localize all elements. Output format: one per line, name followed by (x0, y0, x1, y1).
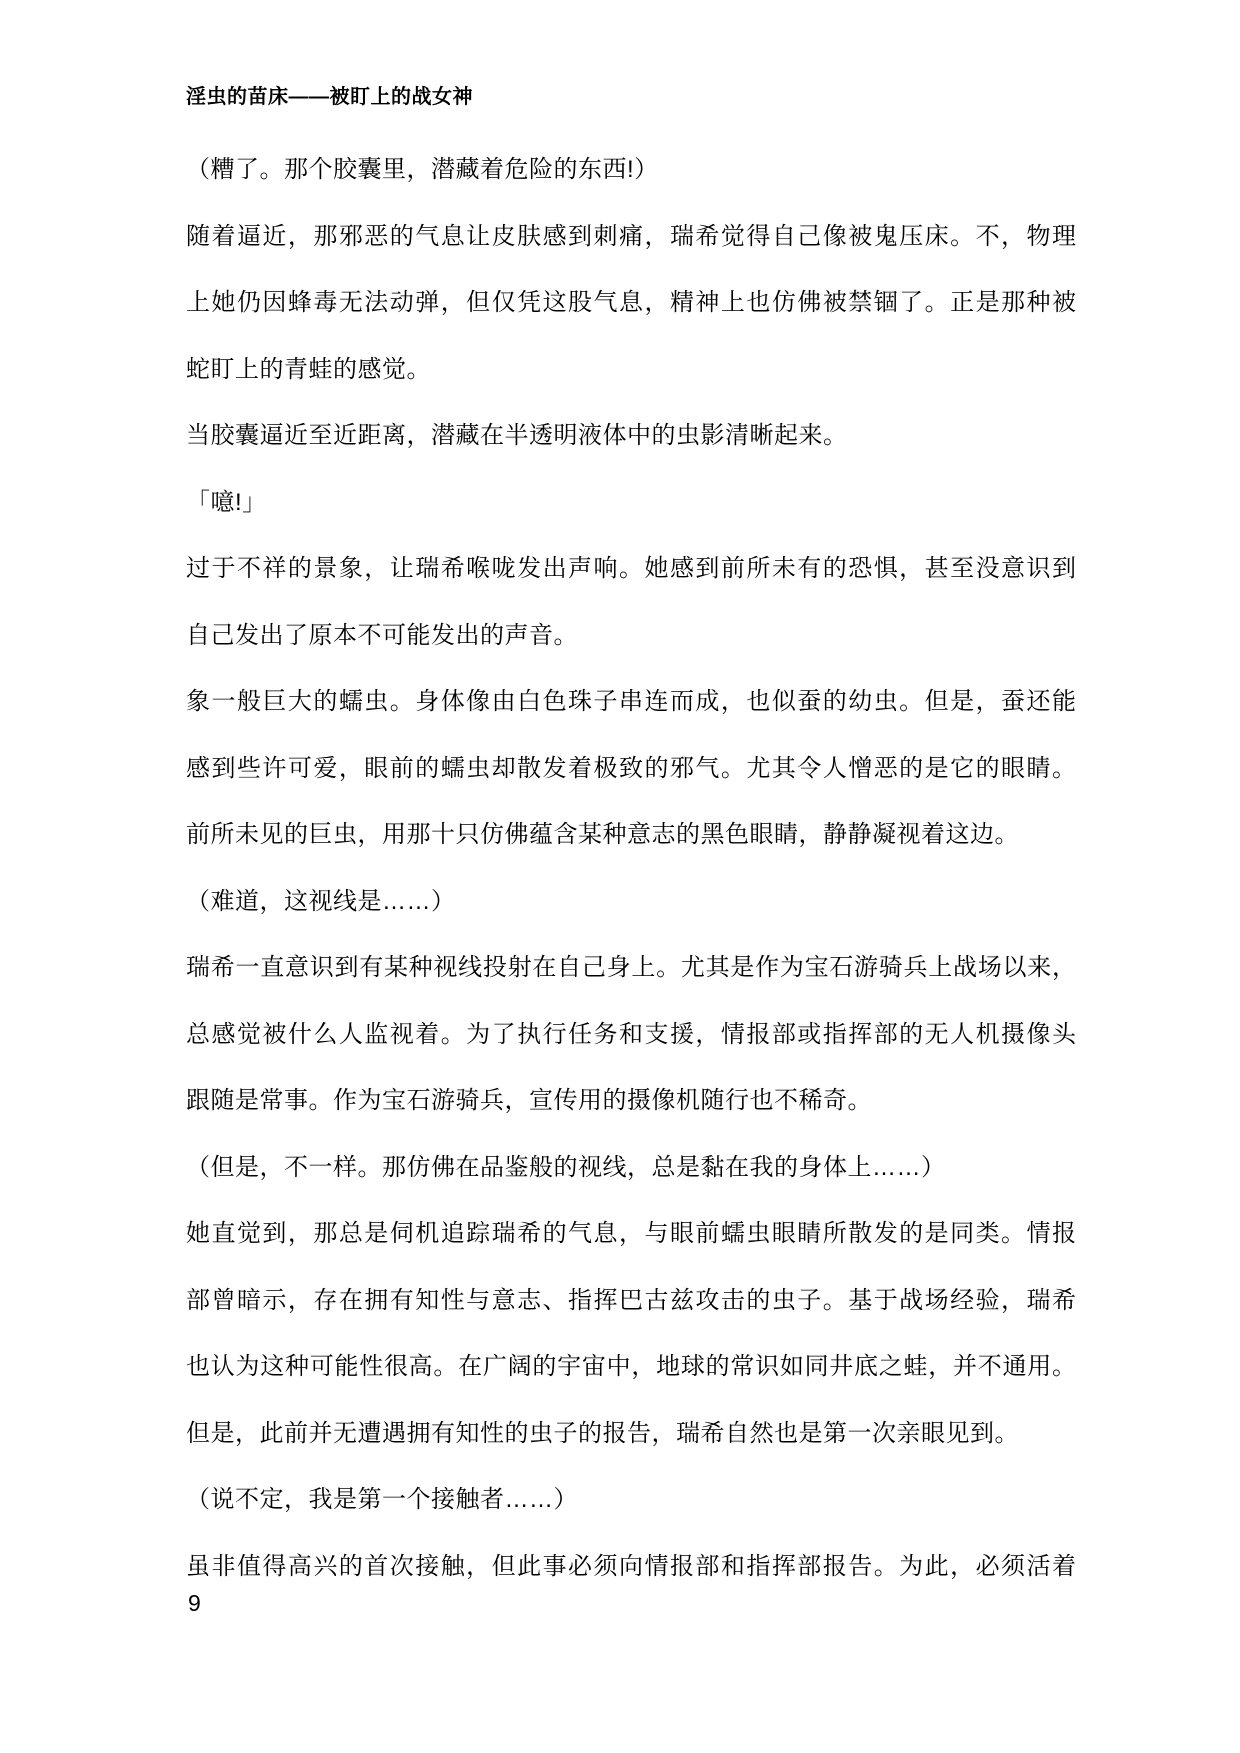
text-line: 蛇盯上的青蛙的感觉。 (186, 337, 1076, 404)
text-line: 虽非值得高兴的首次接触，但此事必须向情报部和指挥部报告。为此，必须活着 (186, 1534, 1076, 1601)
text-line: 但是，此前并无遭遇拥有知性的虫子的报告，瑞希自然也是第一次亲眼见到。 (186, 1401, 1076, 1468)
text-line: 她直觉到，那总是伺机追踪瑞希的气息，与眼前蠕虫眼睛所散发的是同类。情报 (186, 1201, 1076, 1268)
text-line: 上她仍因蜂毒无法动弹，但仅凭这股气息，精神上也仿佛被禁锢了。正是那种被 (186, 270, 1076, 337)
text-line: （说不定，我是第一个接触者……） (186, 1467, 1076, 1534)
text-line: 跟随是常事。作为宝石游骑兵，宣传用的摄像机随行也不稀奇。 (186, 1068, 1076, 1135)
text-line: 也认为这种可能性很高。在广阔的宇宙中，地球的常识如同井底之蛙，并不通用。 (186, 1334, 1076, 1401)
document-page: 淫虫的苗床——被盯上的战女神 （糟了。那个胶囊里，潜藏着危险的东西!）随着逼近，… (0, 0, 1240, 1753)
text-content: （糟了。那个胶囊里，潜藏着危险的东西!）随着逼近，那邪恶的气息让皮肤感到刺痛，瑞… (186, 137, 1076, 1600)
text-line: 自己发出了原本不可能发出的声音。 (186, 603, 1076, 670)
text-line: 瑞希一直意识到有某种视线投射在自己身上。尤其是作为宝石游骑兵上战场以来， (186, 935, 1076, 1002)
text-line: 「噫!」 (186, 470, 1076, 537)
text-line: （难道，这视线是……） (186, 869, 1076, 936)
text-line: （糟了。那个胶囊里，潜藏着危险的东西!） (186, 137, 1076, 204)
text-line: 象一般巨大的蠕虫。身体像由白色珠子串连而成，也似蚕的幼虫。但是，蚕还能 (186, 669, 1076, 736)
text-line: 当胶囊逼近至近距离，潜藏在半透明液体中的虫影清晰起来。 (186, 403, 1076, 470)
text-line: 感到些许可爱，眼前的蠕虫却散发着极致的邪气。尤其令人憎恶的是它的眼睛。 (186, 736, 1076, 803)
text-line: 随着逼近，那邪恶的气息让皮肤感到刺痛，瑞希觉得自己像被鬼压床。不，物理 (186, 204, 1076, 271)
text-line: 过于不祥的景象，让瑞希喉咙发出声响。她感到前所未有的恐惧，甚至没意识到 (186, 536, 1076, 603)
text-line: 总感觉被什么人监视着。为了执行任务和支援，情报部或指挥部的无人机摄像头 (186, 1002, 1076, 1069)
text-line: 前所未见的巨虫，用那十只仿佛蕴含某种意志的黑色眼睛，静静凝视着这边。 (186, 802, 1076, 869)
page-number: 9 (188, 1592, 201, 1615)
document-title: 淫虫的苗床——被盯上的战女神 (186, 80, 473, 109)
text-line: （但是，不一样。那仿佛在品鉴般的视线，总是黏在我的身体上……） (186, 1135, 1076, 1202)
text-line: 部曾暗示，存在拥有知性与意志、指挥巴古兹攻击的虫子。基于战场经验，瑞希 (186, 1268, 1076, 1335)
